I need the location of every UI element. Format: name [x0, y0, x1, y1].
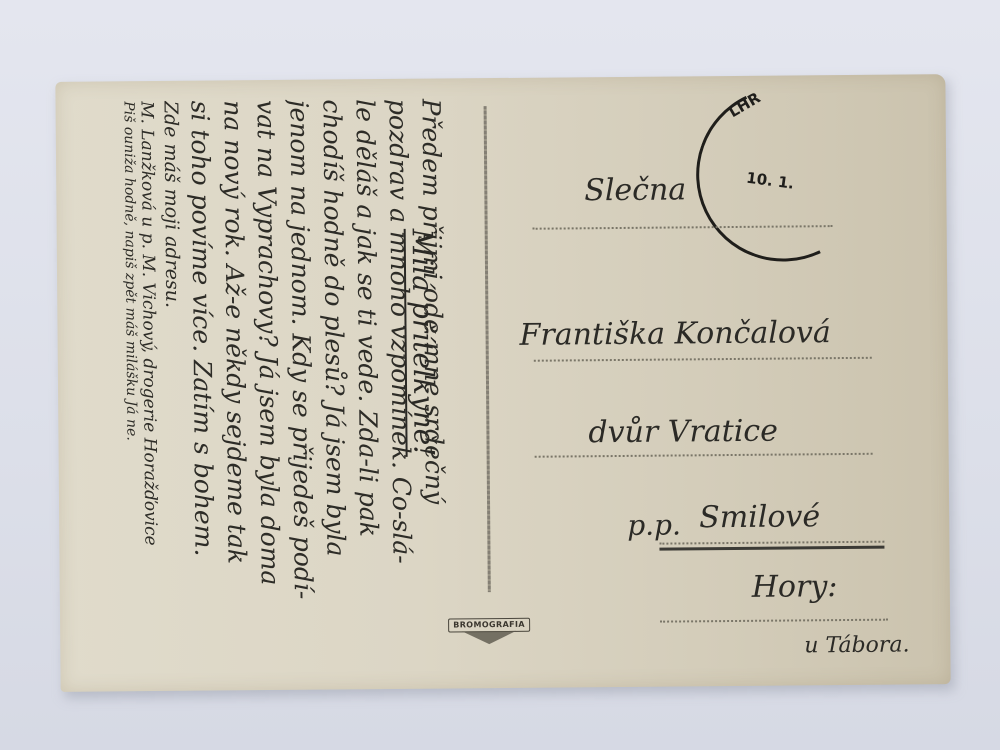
center-divider [484, 106, 491, 592]
address-line-5 [660, 619, 888, 623]
message-line: le děláš a jak se ti vede. Zda-li pak [349, 99, 387, 669]
address-post-prefix: p.p. [627, 508, 681, 541]
message-line: na nový rok. Až-e někdy sejdeme tak [217, 100, 255, 670]
address-line-2 [534, 357, 872, 362]
address-underline [659, 546, 884, 551]
message-line: jenom na jednom. Kdy se přijedeš podí- [283, 100, 321, 670]
address-salutation: Slečna [584, 172, 686, 208]
address-line2: dvůr Vratice [588, 414, 778, 451]
message-line: si toho povíme více. Zatím s bohem. [184, 100, 222, 670]
sunburst-icon [462, 631, 516, 644]
address-region: u Tábora. [804, 632, 909, 658]
message-line: pozdrav a mnoho vzpomínek. Co-slá- [382, 99, 420, 669]
address-town: Hory: [752, 569, 838, 605]
publisher-logo: BROMOGRAFIA [448, 618, 532, 647]
address-name: Františka Končalová [519, 315, 830, 353]
postcard: Milá přítelkyně! Předem přijmi ode mne s… [55, 74, 950, 692]
message-line: chodíš hodně do plesů? Já jsem byla [316, 99, 354, 669]
address-line-4 [659, 541, 884, 545]
message-line: Zde máš moji adresu. [158, 101, 189, 671]
message-body: Předem přijmi ode mne srdečný pozdrav a … [121, 98, 453, 671]
message-line: vat na Vyprachovy? Já jsem byla doma [250, 100, 288, 670]
address-post-office: Smilové [699, 499, 820, 535]
address-line-3 [535, 453, 873, 458]
message-line: Předem přijmi ode mne srdečný [415, 98, 453, 668]
